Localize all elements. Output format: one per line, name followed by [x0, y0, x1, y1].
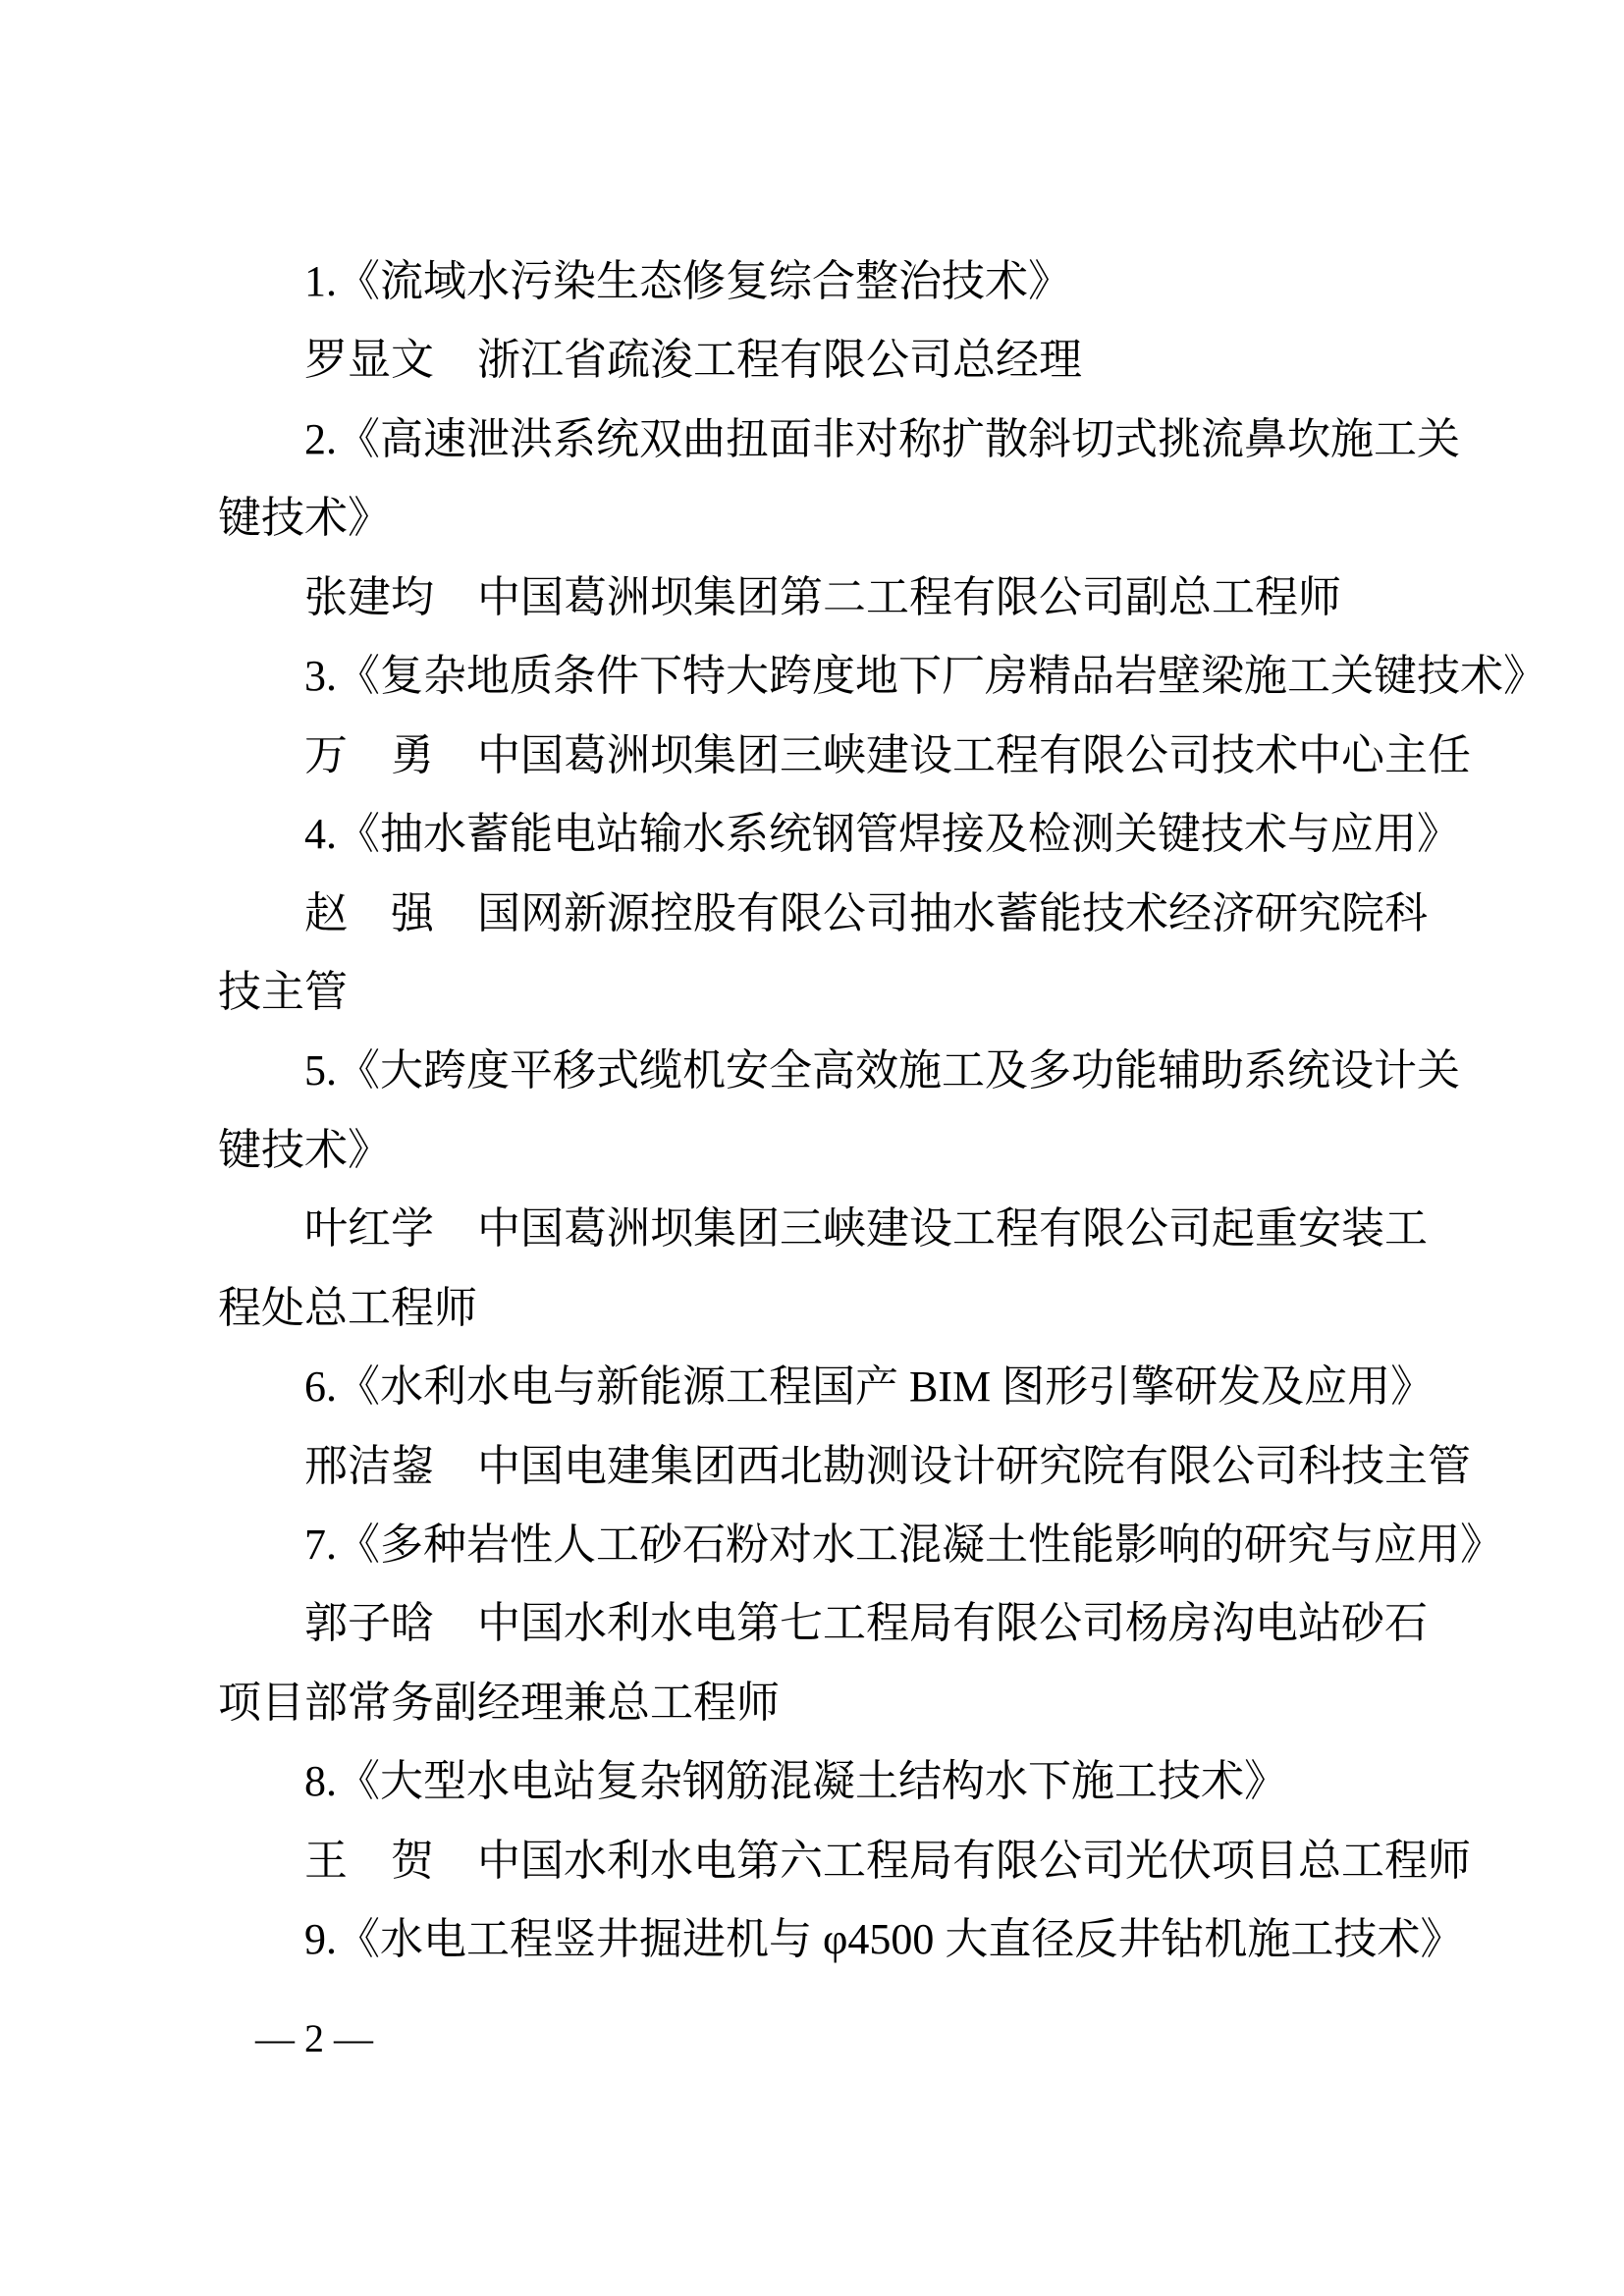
text-line: 9.《水电工程竖井掘进机与 φ4500 大直径反井钻机施工技术》 [218, 1900, 1475, 1979]
text-line: 8.《大型水电站复杂钢筋混凝土结构水下施工技术》 [218, 1742, 1475, 1821]
text-line: 叶红学 中国葛洲坝集团三峡建设工程有限公司起重安装工 [218, 1190, 1475, 1268]
text-line: 罗显文 浙江省疏浚工程有限公司总经理 [218, 321, 1475, 400]
text-line: 3.《复杂地质条件下特大跨度地下厂房精品岩壁梁施工关键技术》 [218, 637, 1475, 716]
text-line: 张建均 中国葛洲坝集团第二工程有限公司副总工程师 [218, 559, 1475, 637]
text-line: 赵 强 国网新源控股有限公司抽水蓄能技术经济研究院科 [218, 875, 1475, 953]
document-body: 1.《流域水污染生态修复综合整治技术》罗显文 浙江省疏浚工程有限公司总经理2.《… [218, 242, 1475, 1980]
text-line: 郭子晗 中国水利水电第七工程局有限公司杨房沟电站砂石 [218, 1584, 1475, 1663]
text-line: 键技术》 [218, 479, 1475, 558]
text-line: 键技术》 [218, 1111, 1475, 1190]
text-line: 万 勇 中国葛洲坝集团三峡建设工程有限公司技术中心主任 [218, 717, 1475, 795]
text-line: 4.《抽水蓄能电站输水系统钢管焊接及检测关键技术与应用》 [218, 795, 1475, 874]
text-line: 7.《多种岩性人工砂石粉对水工混凝土性能影响的研究与应用》 [218, 1506, 1475, 1584]
text-line: 6.《水利水电与新能源工程国产 BIM 图形引擎研发及应用》 [218, 1348, 1475, 1426]
text-line: 邢洁鋆 中国电建集团西北勘测设计研究院有限公司科技主管 [218, 1427, 1475, 1506]
page-number: — 2 — [255, 2005, 373, 2072]
text-line: 王 贺 中国水利水电第六工程局有限公司光伏项目总工程师 [218, 1822, 1475, 1900]
text-line: 1.《流域水污染生态修复综合整治技术》 [218, 242, 1475, 321]
document-page: 1.《流域水污染生态修复综合整治技术》罗显文 浙江省疏浚工程有限公司总经理2.《… [0, 0, 1624, 2296]
text-line: 程处总工程师 [218, 1269, 1475, 1348]
text-line: 5.《大跨度平移式缆机安全高效施工及多功能辅助系统设计关 [218, 1032, 1475, 1110]
text-line: 项目部常务副经理兼总工程师 [218, 1664, 1475, 1742]
text-line: 2.《高速泄洪系统双曲扭面非对称扩散斜切式挑流鼻坎施工关 [218, 400, 1475, 479]
text-line: 技主管 [218, 953, 1475, 1032]
